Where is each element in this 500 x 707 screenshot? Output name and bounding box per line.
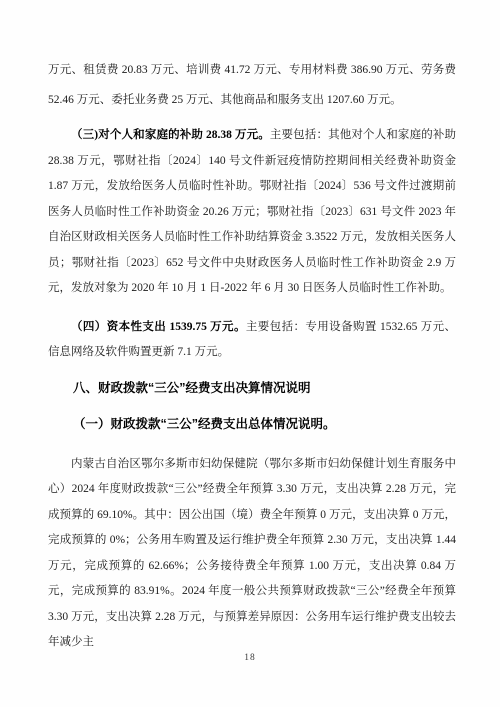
- paragraph-lead-section-three: （三)对个人和家庭的补助 28.38 万元。: [71, 129, 270, 141]
- page-number: 18: [0, 653, 500, 663]
- paragraph-capital-expenditure: （四）资本性支出 1539.75 万元。主要包括：专用设备购置 1532.65 …: [48, 315, 456, 366]
- section-heading-eight-sangong-expenditure: 八、财政拨款“三公”经费支出决算情况说明: [48, 378, 456, 398]
- paragraph-sangong-budget-details: 内蒙古自治区鄂尔多斯市妇幼保健院（鄂尔多斯市妇幼保健计划生育服务中心）2024 …: [48, 452, 456, 656]
- paragraph-lead-section-four: （四）资本性支出 1539.75 万元。: [71, 321, 246, 333]
- paragraph-body-section-three: 主要包括：其他对个人和家庭的补助 28.38 万元，鄂财社指〔2024〕140 …: [48, 129, 456, 294]
- sub-heading-one-sangong-overview: （一）财政拨款“三公”经费支出总体情况说明。: [48, 414, 456, 434]
- document-page: 万元、租赁费 20.83 万元、培训费 41.72 万元、专用材料费 386.9…: [0, 0, 500, 707]
- paragraph-individual-family-subsidy: （三)对个人和家庭的补助 28.38 万元。主要包括：其他对个人和家庭的补助 2…: [48, 123, 456, 302]
- paragraph-goods-services-continuation: 万元、租赁费 20.83 万元、培训费 41.72 万元、专用材料费 386.9…: [48, 55, 456, 115]
- page-content: 万元、租赁费 20.83 万元、培训费 41.72 万元、专用材料费 386.9…: [48, 55, 456, 656]
